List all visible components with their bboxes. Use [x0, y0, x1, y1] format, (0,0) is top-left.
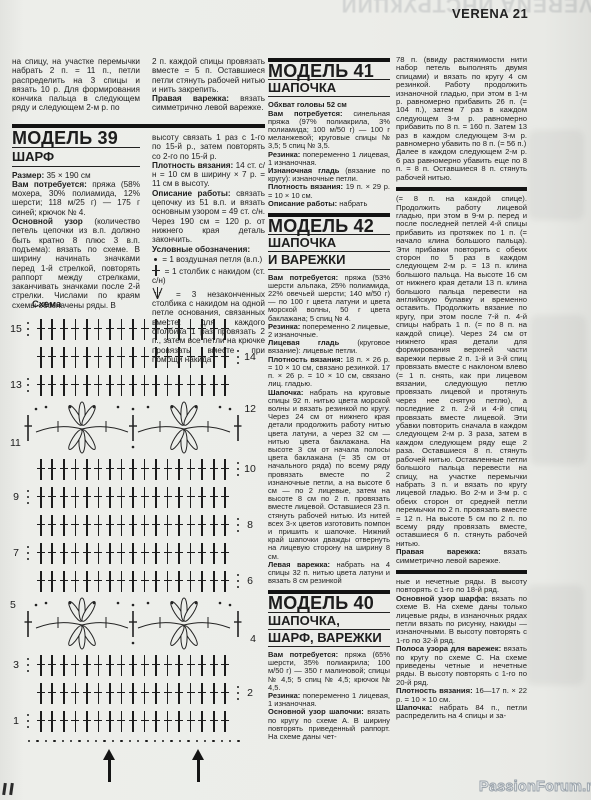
- paragraph: Плотность вязания: 18 п. × 26 р. = 10 × …: [268, 356, 390, 389]
- model-40-subtitle-2: ШАРФ, ВАРЕЖКИ: [268, 630, 390, 647]
- paragraph: Правая варежка: вязать симметрично левой…: [396, 548, 527, 565]
- model-41-text: Обхват головы 52 смВам потребуется: сине…: [268, 101, 390, 208]
- paragraph: на спицу, на участке перемычки набрать 2…: [12, 57, 140, 113]
- chart-flower-band: 54: [8, 595, 258, 651]
- paragraph: Правая варежка: вязать симметрично левой…: [152, 94, 265, 113]
- chart-row: 2: [8, 679, 258, 707]
- scan-bleed-blob: [526, 585, 584, 685]
- rapport-arrow-right: [192, 749, 205, 783]
- legend-item: = 1 воздушная петля (в.п.): [152, 255, 265, 264]
- model-39-text-1: Размер: 35 × 190 смВам потребуется: пряж…: [12, 171, 140, 310]
- paragraph: Вам потребуется: пряжа (65% шерсти, 35% …: [268, 651, 390, 692]
- scan-artifact-marks: [2, 783, 18, 796]
- model-39-column-1: МОДЕЛЬ 39 ШАРФ Размер: 35 × 190 смВам по…: [12, 130, 140, 310]
- chart-row: 15: [8, 315, 258, 343]
- paragraph: Плотность вязания: 14 ст. с/н = 10 см в …: [152, 161, 265, 189]
- paragraph: Резинка: попеременно 1 лицевая, 1 изнано…: [268, 692, 390, 708]
- rapport-arrow-left: [103, 749, 116, 783]
- crochet-chart: Схема 151413121110987654321: [8, 299, 258, 747]
- model-39-text-2: высоту связать 1 раз с 1-го по 15-й р., …: [152, 133, 265, 254]
- model-42-subtitle-1: ШАПОЧКА: [268, 235, 390, 252]
- model-40-title: МОДЕЛЬ 40: [268, 598, 390, 612]
- continuation-column: 78 п. (ввиду растяжимости нити набор пет…: [396, 56, 527, 721]
- section-divider-bar: [396, 187, 527, 191]
- chart-foundation-row: [28, 735, 240, 747]
- model-41-title: МОДЕЛЬ 41: [268, 66, 390, 80]
- cluster-3dc-icon: [152, 287, 163, 299]
- model-40-text: Вам потребуется: пряжа (65% шерсти, 35% …: [268, 651, 390, 741]
- models-column: МОДЕЛЬ 41 ШАПОЧКА Обхват головы 52 смВам…: [268, 53, 390, 741]
- paragraph: Основной узор шарфа: вязать по схеме B. …: [396, 595, 527, 645]
- scan-bleed-blob: [528, 130, 584, 220]
- chain-dot-icon: [154, 258, 157, 261]
- paragraph: Резинка: попеременно 2 лицевые, 2 изнано…: [268, 323, 390, 339]
- chart-row: 7: [8, 539, 258, 567]
- model-40-subtitle-1: ШАПОЧКА,: [268, 613, 390, 630]
- chart-row: 10: [8, 455, 258, 483]
- paragraph: Размер: 35 × 190 см: [12, 171, 140, 180]
- model-42-text: Вам потребуется: пряжа (53% шерсти альпа…: [268, 274, 390, 586]
- chart-row: 13: [8, 371, 258, 399]
- continued-text-column-2: 2 п. каждой спицы провязать вместе = 5 п…: [152, 57, 265, 113]
- model-41-subtitle: ШАПОЧКА: [268, 80, 390, 97]
- paragraph: Левая варежка: набрать на 4 спицы 32 п. …: [268, 561, 390, 586]
- paragraph: (= 8 п. на каждой спице). Продолжить раб…: [396, 195, 527, 548]
- paragraph: Основной узор (количество петель цепочки…: [12, 217, 140, 310]
- scan-bleed-blob: [530, 315, 586, 465]
- paragraph: Плотность вязания: 16—17 п. × 22 р. = 10…: [396, 687, 527, 704]
- chart-label: Схема: [32, 299, 258, 310]
- chart-row: 14: [8, 343, 258, 371]
- paragraph: 78 п. (ввиду растяжимости нити набор пет…: [396, 56, 527, 148]
- model-42-subtitle-2: И ВАРЕЖКИ: [268, 252, 390, 269]
- chart-row: 9: [8, 483, 258, 511]
- paragraph: Полоса узора для варежек: вязать по круг…: [396, 645, 527, 687]
- paragraph: 2 п. каждой спицы провязать вместе = 5 п…: [152, 57, 265, 94]
- paragraph: Плотность вязания: 19 п. × 29 р. = 10 × …: [268, 183, 390, 199]
- chart-row: 8: [8, 511, 258, 539]
- paragraph: Шапочка: набрать 84 п., петли распредели…: [396, 704, 527, 721]
- continuation-text-3: ные и нечетные ряды. В высоту повторять …: [396, 578, 527, 721]
- paragraph: Далее в каждом следующем 2-м р. 6 раз ра…: [396, 148, 527, 182]
- paragraph: Шапочка: набрать на круговые спицы 92 п.…: [268, 389, 390, 561]
- chart-row: 3: [8, 651, 258, 679]
- model-39-subtitle: ШАРФ: [12, 148, 140, 166]
- model-39-title: МОДЕЛЬ 39: [12, 133, 140, 148]
- continuation-text-2: (= 8 п. на каждой спице). Продолжить раб…: [396, 195, 527, 565]
- paragraph: Описание работы: связать цепочку из 51 в…: [152, 189, 265, 245]
- paragraph: Условные обозначения:: [152, 245, 265, 254]
- continued-text-column-1: на спицу, на участке перемычки набрать 2…: [12, 57, 140, 113]
- magazine-page: VERENA ИНСТРУКЦИИ VERENA 21 на спицу, на…: [0, 0, 591, 800]
- watermark: PassionForum.ru: [479, 779, 591, 795]
- paragraph: Вам потребуется: пряжа (53% шерсти альпа…: [268, 274, 390, 323]
- chart-row: 1: [8, 707, 258, 735]
- paragraph: Резинка: попеременно 1 лицевая, 1 изнано…: [268, 151, 390, 167]
- section-divider-bar: [396, 570, 527, 574]
- paragraph: Изнаночная гладь (вязание по кругу): изн…: [268, 167, 390, 183]
- paragraph: Вам потребуется: пряжа (58% мохера, 30% …: [12, 180, 140, 217]
- paragraph: ные и нечетные ряды. В высоту повторять …: [396, 578, 527, 595]
- legend-item: = 1 столбик с накидом (ст. с/н): [152, 265, 265, 286]
- chart-row: 6: [8, 567, 258, 595]
- paragraph: Описание работы: набрать: [268, 200, 390, 208]
- continuation-text-1: 78 п. (ввиду растяжимости нити набор пет…: [396, 56, 527, 182]
- paragraph: Основной узор шапочки: вязать по кругу п…: [268, 708, 390, 741]
- paragraph: высоту связать 1 раз с 1-го по 15-й р., …: [152, 133, 265, 161]
- chart-rows: 151413121110987654321: [8, 315, 258, 747]
- double-crochet-icon: [152, 265, 160, 276]
- page-header: VERENA 21: [452, 6, 528, 21]
- paragraph: Лицевая гладь (круговое вязание): лицевы…: [268, 339, 390, 355]
- paragraph: Вам потребуется: синельная пряжа (97% по…: [268, 110, 390, 151]
- model-42-title: МОДЕЛЬ 42: [268, 221, 390, 235]
- chart-flower-band: 1211: [8, 399, 258, 455]
